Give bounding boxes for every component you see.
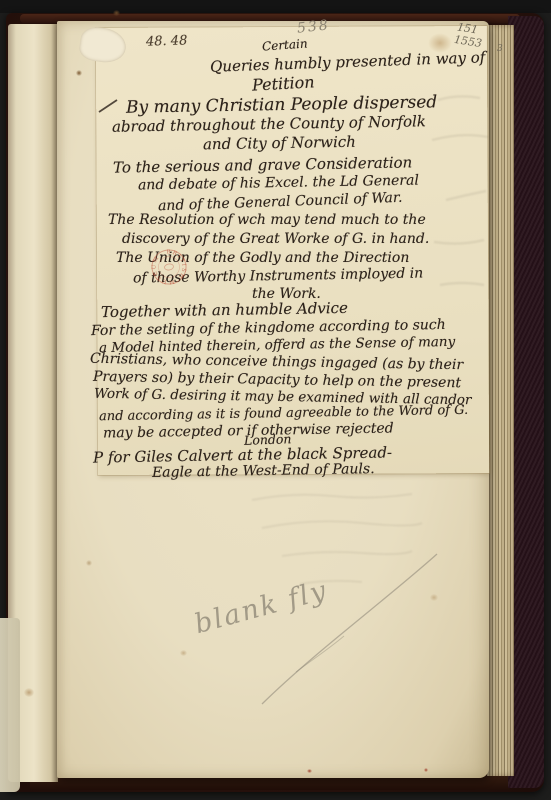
british-museum-stamp: BRITISH MUSEUM xyxy=(146,243,193,291)
pencil-page-number: 538 xyxy=(296,17,330,36)
fore-edge-page-stack xyxy=(487,25,514,776)
svg-text:BRITISH MUSEUM: BRITISH MUSEUM xyxy=(148,247,189,288)
folio-number-ink: 48. 48 xyxy=(146,33,188,49)
manuscript-photo: 48. 48 538 151 1553 3 blank fly Certain … xyxy=(0,0,551,800)
manuscript-line: Petition xyxy=(252,72,315,94)
manuscript-line: discovery of the Great Worke of G. in ha… xyxy=(122,231,429,247)
foxing-spot xyxy=(180,650,187,656)
fore-edge-number-small: 3 xyxy=(497,44,503,54)
foxing-spot xyxy=(76,70,82,76)
foxing-spot xyxy=(113,10,120,16)
foxing-spot xyxy=(86,560,92,566)
red-speck xyxy=(424,768,428,772)
red-speck xyxy=(307,769,312,773)
foxing-spot xyxy=(430,594,438,601)
facing-page-edge xyxy=(0,618,20,792)
stamp-crown-mark xyxy=(164,263,174,270)
manuscript-line: and City of Norwich xyxy=(203,133,356,154)
manuscript-line: The Resolution of wch may tend much to t… xyxy=(108,212,426,228)
stamp-text: BRITISH MUSEUM xyxy=(148,247,189,288)
foxing-spot xyxy=(24,688,34,697)
